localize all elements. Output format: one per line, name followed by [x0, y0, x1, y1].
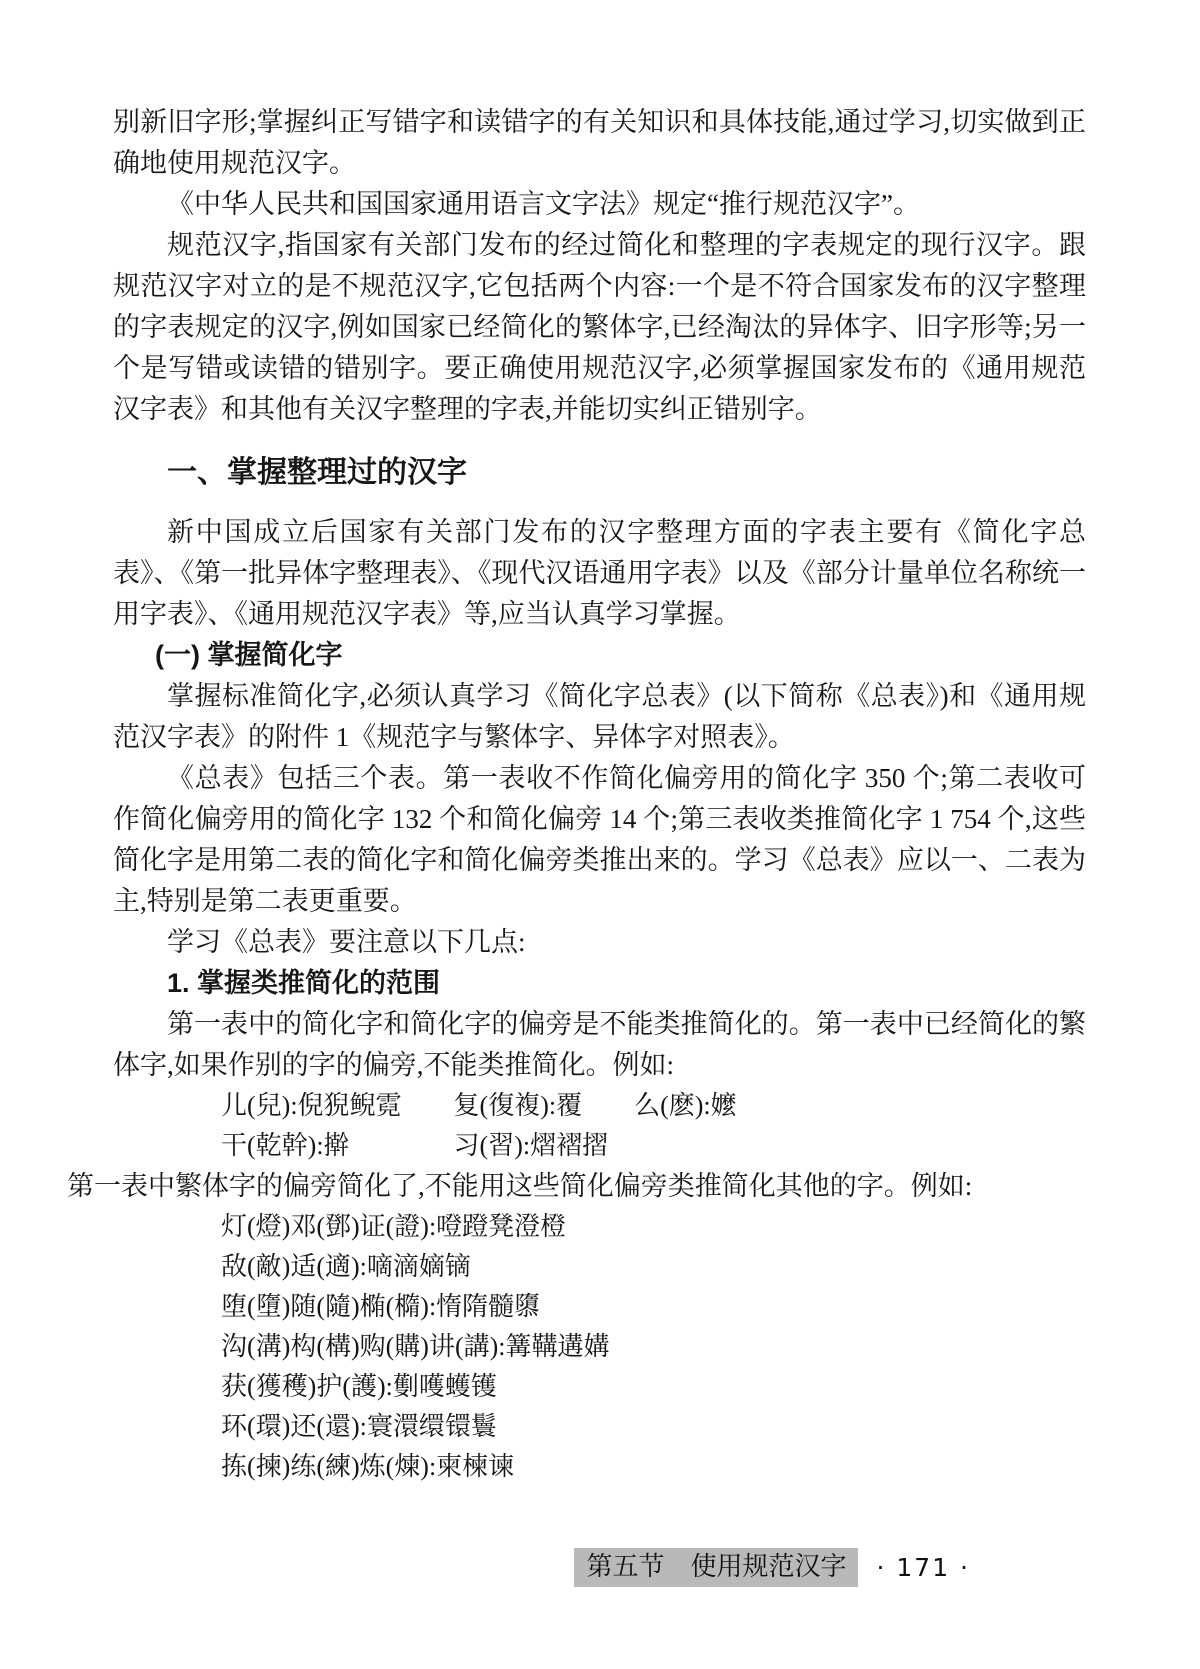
book-page: 别新旧字形;掌握纠正写错字和读错字的有关知识和具体技能,通过学习,切实做到正确地… [0, 0, 1200, 1669]
page-footer: 第五节 使用规范汉字 · 171 · [0, 1548, 970, 1587]
paragraph-radical-note: 第一表中繁体字的偏旁简化了,不能用这些简化偏旁类推简化其他的字。例如: [67, 1166, 1086, 1207]
footer-section-label: 第五节 使用规范汉字 [574, 1548, 858, 1587]
subsection-heading: (一) 掌握简化字 [155, 635, 1086, 676]
example-line: 环(環)还(還):寰澴缳镮鬟 [221, 1407, 1086, 1447]
example-block-2: 灯(燈)邓(鄧)证(證):噔蹬凳澄橙 敌(敵)适(適):嘀滴嫡镝 堕(墮)随(隨… [113, 1207, 1086, 1487]
example-block-1: 儿(兒):倪猊鲵霓 复(復複):覆 么(麽):嬤 干(乾幹):擀 习(習):熠褶… [113, 1086, 1086, 1166]
paragraph-three-tables: 《总表》包括三个表。第一表收不作简化偏旁用的简化字 350 个;第二表收可作简化… [113, 758, 1086, 922]
example-line: 儿(兒):倪猊鲵霓 复(復複):覆 么(麽):嬤 [221, 1086, 1086, 1126]
section-heading: 一、掌握整理过的汉字 [167, 457, 1086, 489]
paragraph-analogy-scope: 第一表中的简化字和简化字的偏旁是不能类推简化的。第一表中已经简化的繁体字,如果作… [113, 1004, 1086, 1086]
paragraph-char-tables: 新中国成立后国家有关部门发布的汉字整理方面的字表主要有《简化字总表》、《第一批异… [113, 512, 1086, 635]
example-line: 沟(溝)构(構)购(購)讲(講):篝鞲遘媾 [221, 1327, 1086, 1367]
example-line: 干(乾幹):擀 习(習):熠褶摺 [221, 1126, 1086, 1166]
example-line: 敌(敵)适(適):嘀滴嫡镝 [221, 1247, 1086, 1287]
paragraph-continuation: 别新旧字形;掌握纠正写错字和读错字的有关知识和具体技能,通过学习,切实做到正确地… [113, 102, 1086, 184]
point-heading: 1. 掌握类推简化的范围 [167, 963, 1086, 1004]
paragraph-standard-chars: 规范汉字,指国家有关部门发布的经过简化和整理的字表规定的现行汉字。跟规范汉字对立… [113, 225, 1086, 430]
page-number: · 171 · [876, 1553, 970, 1582]
paragraph-law-quote: 《中华人民共和国国家通用语言文字法》规定“推行规范汉字”。 [113, 184, 1086, 225]
paragraph-master-simplified: 掌握标准简化字,必须认真学习《简化字总表》(以下简称《总表》)和《通用规范汉字表… [113, 676, 1086, 758]
example-line: 灯(燈)邓(鄧)证(證):噔蹬凳澄橙 [221, 1207, 1086, 1247]
page-content: 别新旧字形;掌握纠正写错字和读错字的有关知识和具体技能,通过学习,切实做到正确地… [113, 102, 1086, 1487]
example-line: 获(獲穫)护(護):劐嚄蠖镬 [221, 1367, 1086, 1407]
example-line: 拣(揀)练(練)炼(煉):柬楝谏 [221, 1447, 1086, 1487]
example-line: 堕(墮)随(隨)椭(橢):惰隋髓隳 [221, 1287, 1086, 1327]
paragraph-study-points: 学习《总表》要注意以下几点: [113, 922, 1086, 963]
